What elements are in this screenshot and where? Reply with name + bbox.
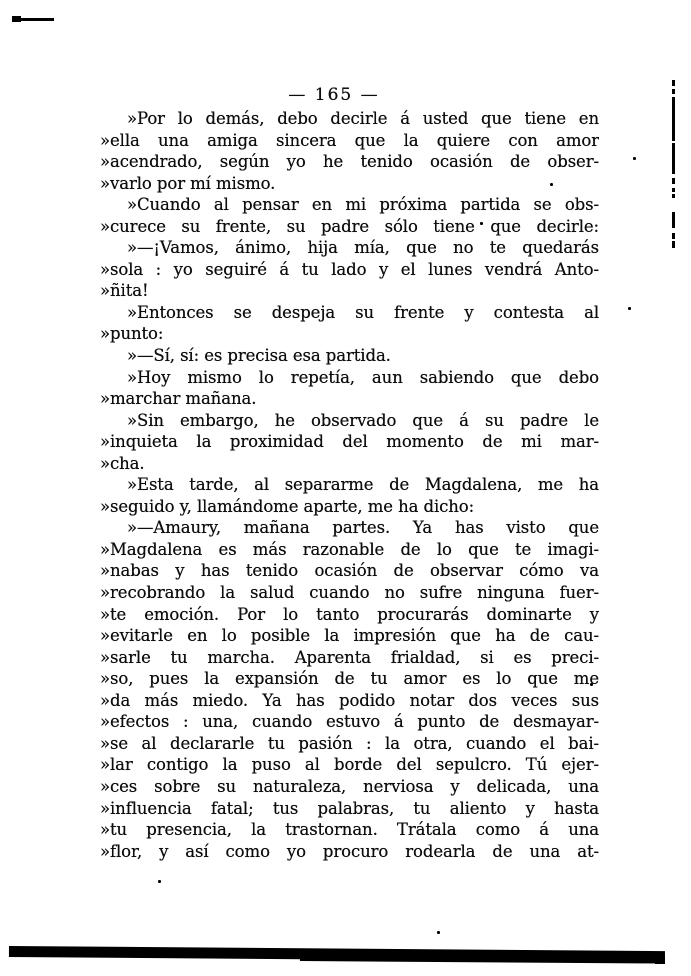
scan-artifact-right-edge-dash <box>672 97 675 141</box>
scan-artifact-speck <box>437 931 440 934</box>
text-line: »Por lo demás, debo decirle á usted que … <box>100 108 599 130</box>
scan-artifact-speck <box>480 222 483 225</box>
text-line: »—¡Vamos, ánimo, hija mía, que no te que… <box>100 237 599 259</box>
scan-artifact-right-edge-dash <box>672 233 675 239</box>
text-line: »sola : yo seguiré á tu lado y el lunes … <box>100 259 599 281</box>
scan-artifact-bottom-bar <box>300 951 664 964</box>
text-line: »curece su frente, su padre sólo tiene q… <box>100 216 599 238</box>
text-line: »ces sobre su naturaleza, nerviosa y del… <box>100 776 599 798</box>
text-line: »varlo por mí mismo. <box>100 173 599 195</box>
scan-artifact-speck <box>633 157 636 160</box>
text-line: »flor, y así como yo procuro rodearla de… <box>100 841 599 863</box>
text-line: »inquieta la proximidad del momento de m… <box>100 431 599 453</box>
text-line: »Cuando al pensar en mi próxima partida … <box>100 194 599 216</box>
scanned-book-page: — 165 — »Por lo demás, debo decirle á us… <box>0 0 691 976</box>
scan-artifact-speck <box>590 683 593 686</box>
scan-artifact-right-edge-dash <box>672 89 675 94</box>
text-line: »evitarle en lo posible la impresión que… <box>100 625 599 647</box>
text-line: »efectos : una, cuando estuvo á punto de… <box>100 711 599 733</box>
scan-artifact-speck <box>550 183 553 186</box>
scan-artifact-bottom-bar <box>655 955 665 964</box>
text-line: »Sin embargo, he observado que á su padr… <box>100 410 599 432</box>
page-text-column: »Por lo demás, debo decirle á usted que … <box>100 108 599 862</box>
text-line: »punto: <box>100 323 599 345</box>
text-line: »se al declararle tu pasión : la otra, c… <box>100 733 599 755</box>
text-line: »Entonces se despeja su frente y contest… <box>100 302 599 324</box>
page-number: — 165 — <box>90 85 578 105</box>
scan-artifact-right-edge-dash <box>672 212 675 228</box>
scan-artifact-speck <box>628 307 631 310</box>
text-line: »acendrado, según yo he tenido ocasión d… <box>100 151 599 173</box>
text-line: »influencia fatal; tus palabras, tu alie… <box>100 798 599 820</box>
scan-artifact-right-edge-dash <box>672 188 675 192</box>
scan-artifact-top-left-blob <box>12 16 21 22</box>
text-line: »da más miedo. Ya has podido notar dos v… <box>100 690 599 712</box>
scan-artifact-right-edge-dash <box>672 194 675 198</box>
scan-artifact-speck <box>158 880 161 883</box>
text-line: »tu presencia, la trastornan. Trátala co… <box>100 819 599 841</box>
text-line: »cha. <box>100 453 599 475</box>
text-line: »te emoción. Por lo tanto procurarás dom… <box>100 604 599 626</box>
text-line: »Magdalena es más razonable de lo que te… <box>100 539 599 561</box>
text-line: »ñita! <box>100 280 599 302</box>
text-line: »—Amaury, mañana partes. Ya has visto qu… <box>100 517 599 539</box>
text-line: »—Sí, sí: es precisa esa partida. <box>100 345 599 367</box>
text-line: »sarle tu marcha. Aparenta frialdad, si … <box>100 647 599 669</box>
text-line: »marchar mañana. <box>100 388 599 410</box>
text-line: »nabas y has tenido ocasión de observar … <box>100 560 599 582</box>
text-line: »lar contigo la puso al borde del sepulc… <box>100 754 599 776</box>
scan-artifact-right-edge-dash <box>672 178 675 184</box>
text-line: »Esta tarde, al separarme de Magdalena, … <box>100 474 599 496</box>
text-line: »so, pues la expansión de tu amor es lo … <box>100 668 599 690</box>
scan-artifact-right-edge-dash <box>672 143 675 174</box>
text-line: »Hoy mismo lo repetía, aun sabiendo que … <box>100 367 599 389</box>
scan-artifact-right-edge-dash <box>672 80 675 86</box>
scan-artifact-right-edge-dash <box>672 241 675 248</box>
text-line: »recobrando la salud cuando no sufre nin… <box>100 582 599 604</box>
text-line: »seguido y, llamándome aparte, me ha dic… <box>100 496 599 518</box>
text-line: »ella una amiga sincera que la quiere co… <box>100 130 599 152</box>
